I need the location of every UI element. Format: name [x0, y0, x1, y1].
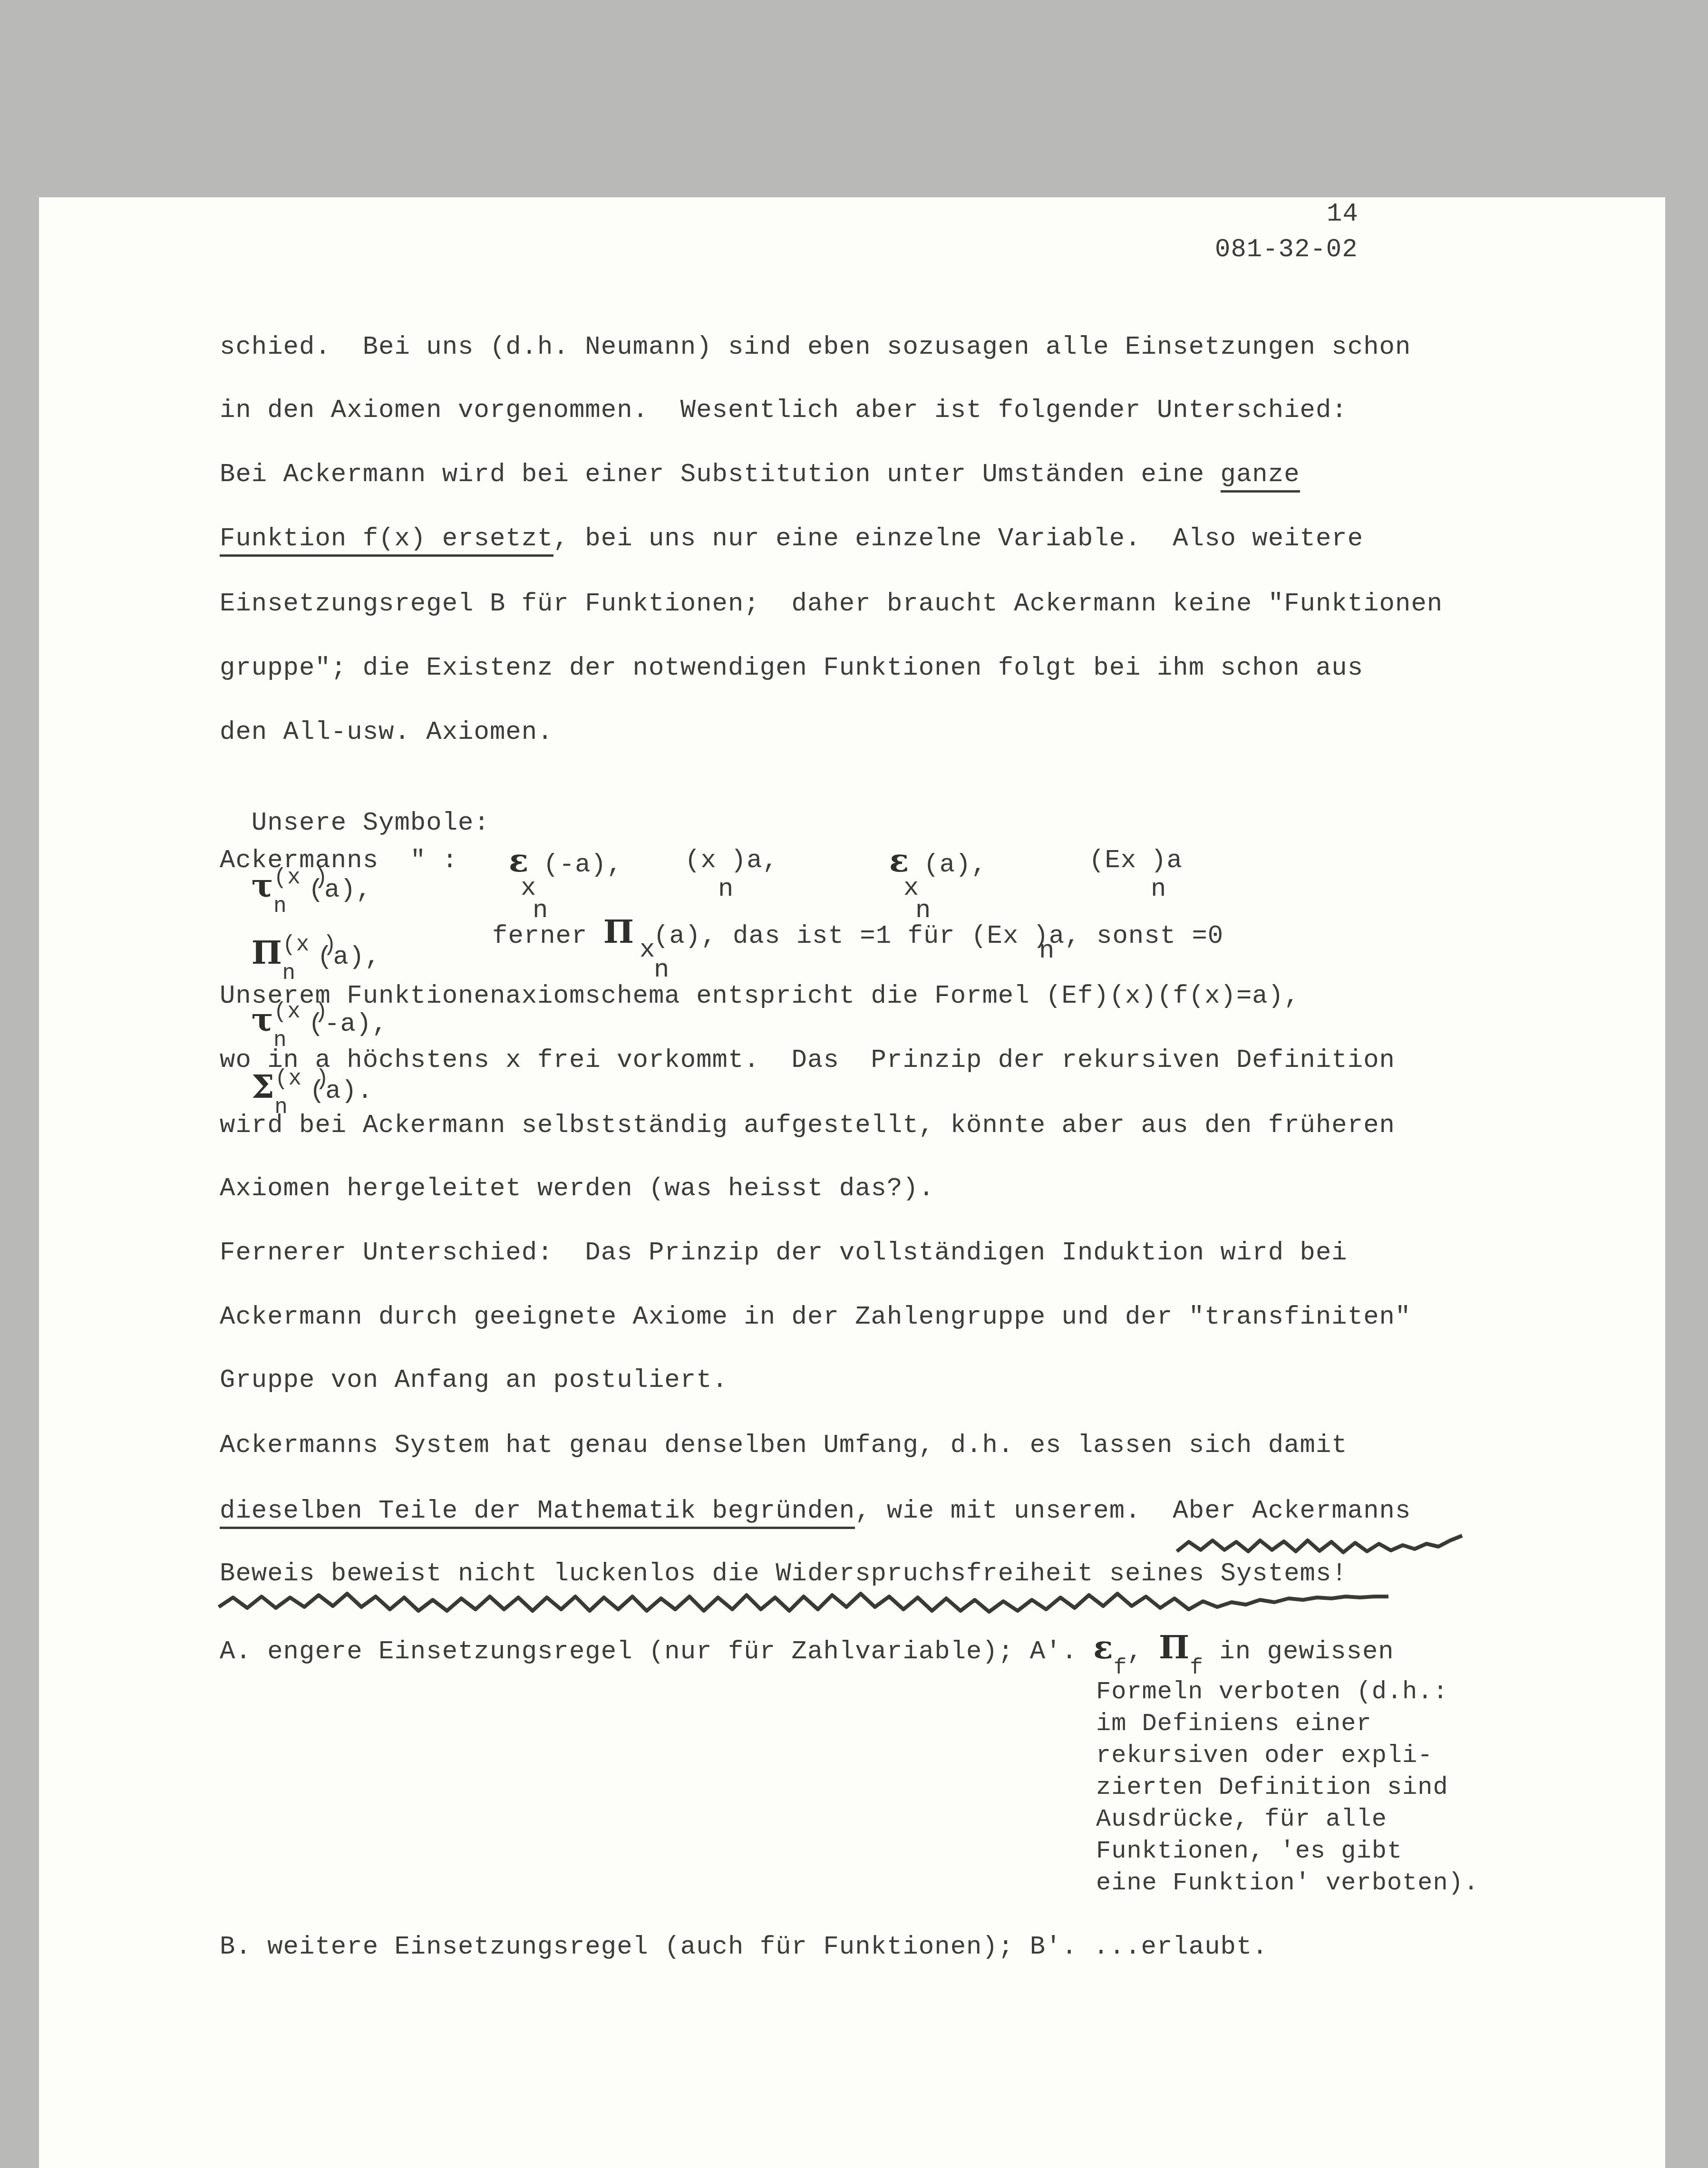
note-line: Ausdrücke, für alle: [1096, 1803, 1387, 1835]
argument: (-a),: [543, 851, 622, 880]
note-line: Funktionen, 'es gibt: [1096, 1835, 1402, 1867]
wavy-underline: [1174, 1533, 1469, 1557]
subscript: n: [273, 894, 287, 919]
text-line: Beweis beweist nicht luckenlos die Wider…: [220, 1559, 1348, 1588]
text-line: Ackermanns System hat genau denselben Um…: [220, 1431, 1348, 1460]
text-span: (a), das ist =1 für (Ex: [653, 922, 1019, 951]
argument: (a),: [923, 851, 987, 880]
text-line: wird bei Ackermann selbstständig aufgest…: [220, 1111, 1395, 1140]
text-line: Unserem Funktionenaxiomschema entspricht…: [220, 982, 1300, 1011]
text-line: Bei Ackermann wird bei einer Substitutio…: [220, 460, 1300, 489]
text-span: ferner: [492, 922, 587, 951]
pi-symbol: Π: [252, 934, 282, 972]
text-line: in den Axiomen vorgenommen. Wesentlich a…: [220, 396, 1348, 425]
text-line: Axiomen hergeleitet werden (was heisst d…: [220, 1174, 934, 1203]
text-line: Einsetzungsregel B für Funktionen; daher…: [220, 590, 1443, 619]
note-line: Formeln verboten (d.h.:: [1096, 1676, 1448, 1708]
universal-quantifier: (x)a,: [685, 846, 778, 875]
subscript: n: [1039, 937, 1055, 966]
superscript: (x ): [282, 932, 337, 957]
text-span: )a,: [731, 846, 778, 875]
text-span: , bei uns nur eine einzelne Variable. Al…: [553, 524, 1364, 553]
note-line: im Definiens einer: [1096, 1708, 1372, 1740]
text-span: )a: [1151, 846, 1183, 875]
page-number: 14: [1327, 200, 1359, 229]
text-span: A. engere Einsetzungsregel (nur für Zahl…: [220, 1637, 1093, 1666]
item-b: B. weitere Einsetzungsregel (auch für Fu…: [220, 1933, 1268, 1962]
pi-symbol: Π: [1159, 1628, 1190, 1666]
underlined-phrase: Funktion f(x) ersetzt: [220, 524, 553, 557]
subscript: n: [654, 956, 670, 985]
underlined-phrase: dieselben Teile der Mathematik begründen: [220, 1497, 855, 1529]
text-line: gruppe"; die Existenz der notwendigen Fu…: [220, 654, 1363, 683]
document-id: 081-32-02: [1215, 235, 1358, 264]
text-line: dieselben Teile der Mathematik begründen…: [220, 1497, 1411, 1526]
text-line: Ackermann durch geeignete Axiome in der …: [220, 1303, 1411, 1332]
wavy-underline: [216, 1588, 1396, 1616]
text-line: Gruppe von Anfang an postuliert.: [220, 1366, 728, 1395]
text-span: (Ex: [1089, 846, 1136, 875]
wavy-underlined-text: Aber Ackermanns: [1173, 1497, 1411, 1526]
text-span: Bei Ackermann wird bei einer Substitutio…: [220, 460, 1221, 489]
subscript: n: [1151, 875, 1166, 904]
text-span: (x: [685, 846, 717, 875]
ferner-line: ferner Π(a), das ist =1 für (Ex)a, sonst…: [492, 913, 1223, 951]
text-span: , wie mit unserem.: [855, 1497, 1173, 1526]
ackermann-symbols-label: Ackermanns " :: [220, 846, 458, 875]
pi-symbol: Π: [603, 913, 634, 951]
epsilon-symbol: ε: [1093, 1628, 1113, 1666]
text-span: in gewissen: [1203, 1637, 1394, 1666]
text-line: Fernerer Unterschied: Das Prinzip der vo…: [220, 1239, 1348, 1268]
note-line: rekursiven oder expli-: [1096, 1740, 1433, 1771]
text-span: )a, sonst =0: [1033, 922, 1223, 951]
text-line: Funktion f(x) ersetzt, bei uns nur eine …: [220, 524, 1363, 553]
existential-quantifier: (Ex)a: [1089, 846, 1183, 875]
subscript: n: [718, 875, 734, 904]
text-line: wo in a höchstens x frei vorkommt. Das P…: [220, 1046, 1395, 1075]
note-line: zierten Definition sind: [1096, 1771, 1448, 1803]
text-line: den All-usw. Axiomen.: [220, 718, 553, 747]
underlined-word: ganze: [1221, 460, 1300, 493]
subscript: x: [640, 936, 655, 965]
text-line: schied. Bei uns (d.h. Neumann) sind eben…: [220, 333, 1411, 362]
symbols-label: Unsere Symbole:: [252, 809, 490, 838]
item-a: A. engere Einsetzungsregel (nur für Zahl…: [220, 1628, 1394, 1666]
note-line: eine Funktion' verboten).: [1096, 1867, 1479, 1899]
